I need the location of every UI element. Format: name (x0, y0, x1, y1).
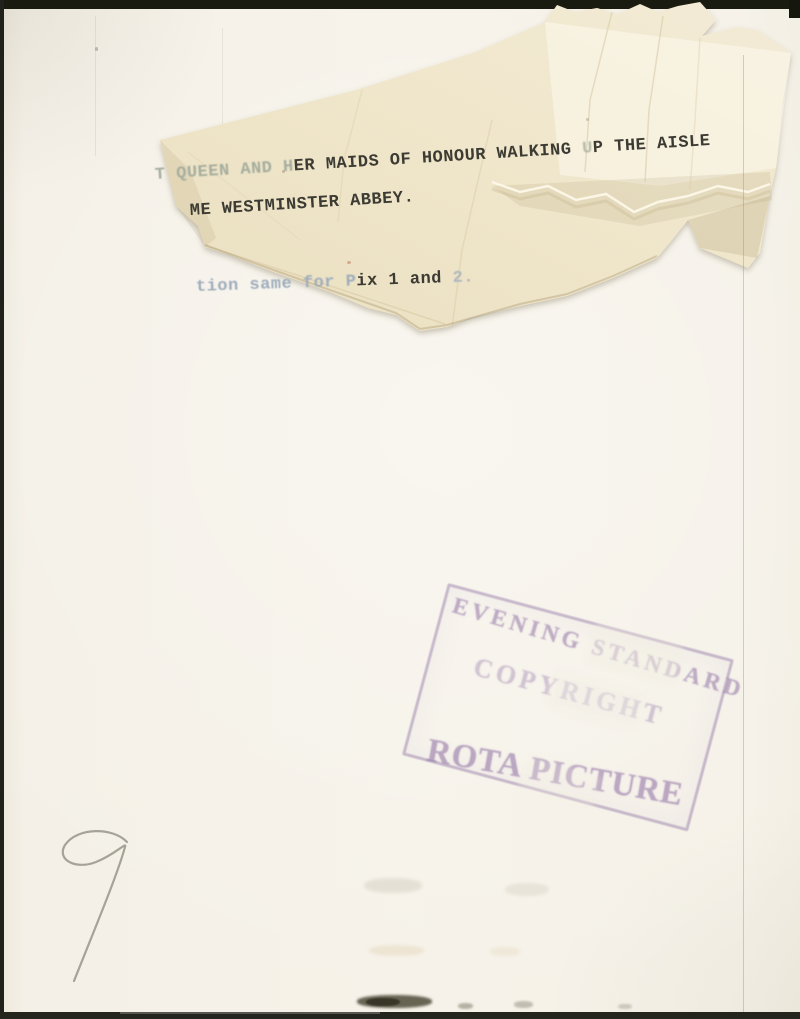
scan-edge-left (0, 0, 4, 1019)
scan-edge-bottom (0, 1012, 800, 1019)
ink-smudge (366, 998, 400, 1006)
ink-smudge-small (514, 1001, 533, 1008)
ink-smudge-small (618, 1004, 632, 1009)
photo-verso: T QUEEN AND HER MAIDS OF HONOUR WALKING … (0, 0, 800, 1019)
ink-smudge-small (458, 1003, 473, 1009)
pencil-mark-9: 9 (0, 0, 800, 1019)
